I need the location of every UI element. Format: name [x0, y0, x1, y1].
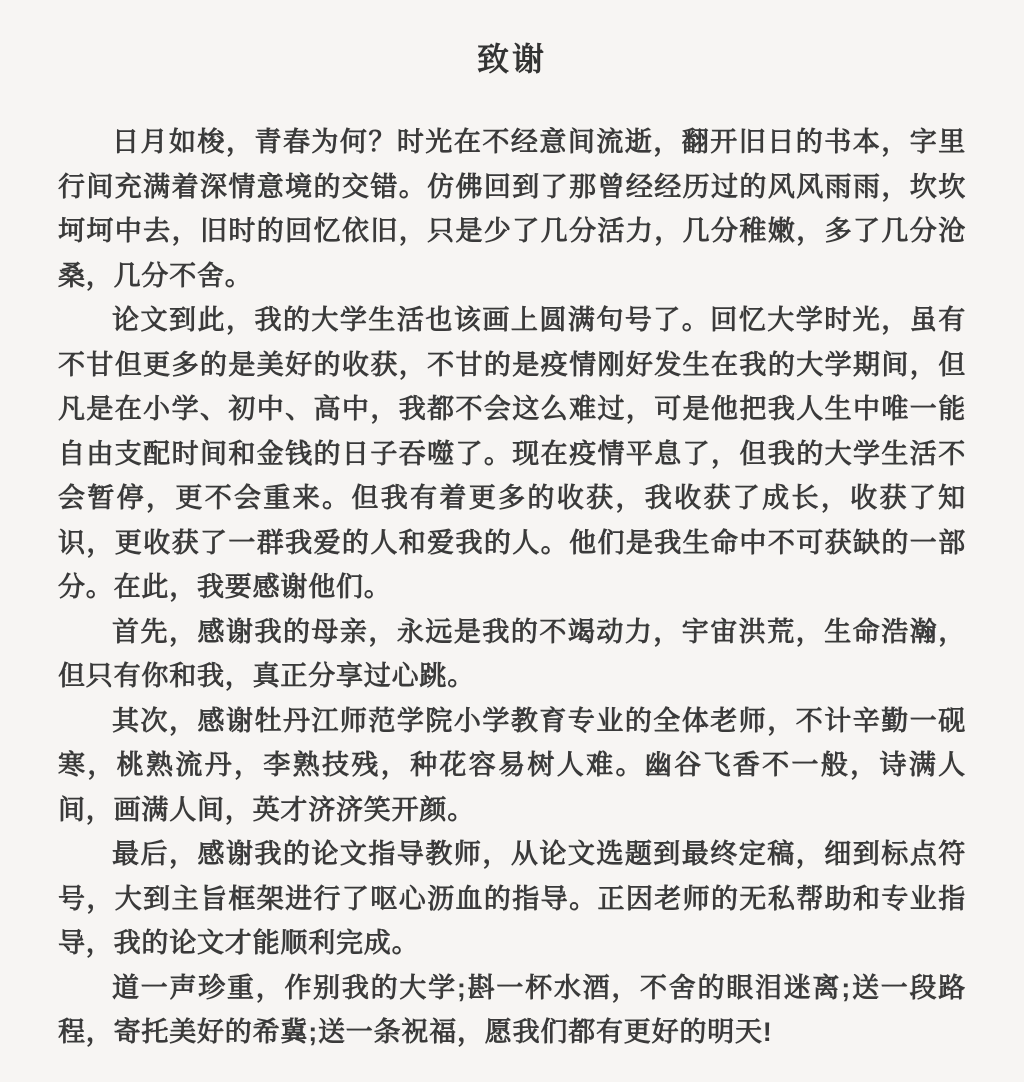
acknowledgements-page: 致谢 日月如梭，青春为何？时光在不经意间流逝，翻开旧日的书本，字里行间充满着深情… [0, 0, 1024, 1082]
paragraph-university-life: 论文到此，我的大学生活也该画上圆满句号了。回忆大学时光，虽有不甘但更多的是美好的… [58, 298, 966, 610]
paragraph-intro: 日月如梭，青春为何？时光在不经意间流逝，翻开旧日的书本，字里行间充满着深情意境的… [58, 120, 966, 298]
paragraph-farewell: 道一声珍重，作别我的大学;斟一杯水酒，不舍的眼泪迷离;送一段路程，寄托美好的希冀… [58, 966, 966, 1055]
page-title: 致谢 [58, 34, 966, 80]
paragraph-thanks-mother: 首先，感谢我的母亲，永远是我的不竭动力，宇宙洪荒，生命浩瀚，但只有你和我，真正分… [58, 610, 966, 699]
paragraph-thanks-teachers: 其次，感谢牡丹江师范学院小学教育专业的全体老师，不计辛勤一砚寒，桃熟流丹，李熟技… [58, 699, 966, 833]
document-body: 日月如梭，青春为何？时光在不经意间流逝，翻开旧日的书本，字里行间充满着深情意境的… [58, 120, 966, 1055]
paragraph-thanks-advisor: 最后，感谢我的论文指导教师，从论文选题到最终定稿，细到标点符号，大到主旨框架进行… [58, 832, 966, 966]
